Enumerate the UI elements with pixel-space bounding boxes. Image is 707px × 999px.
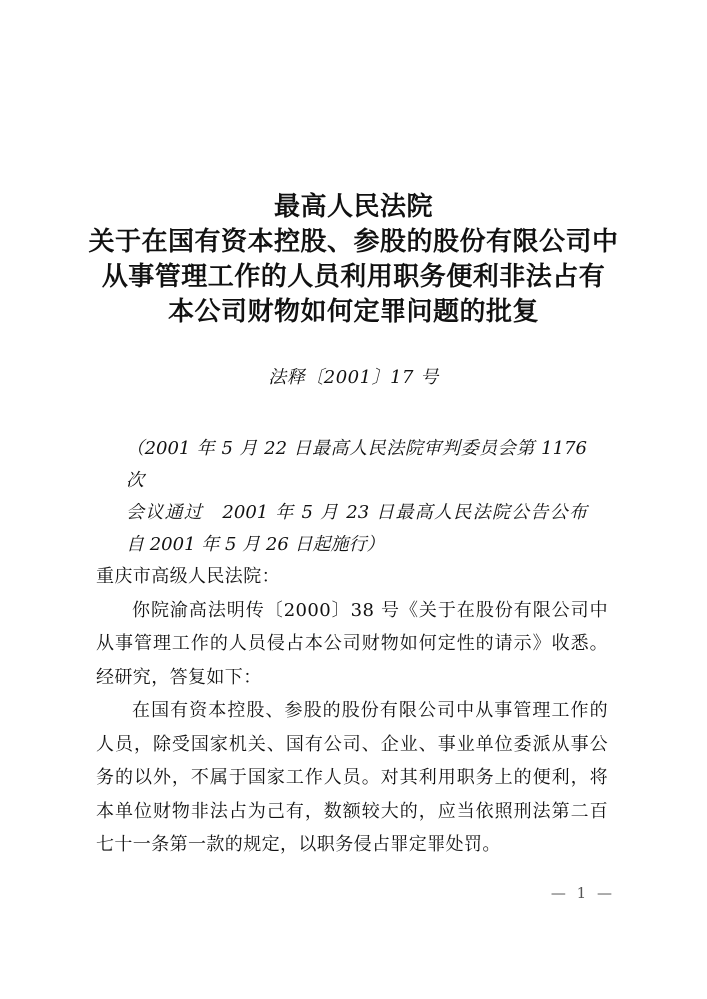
title-line-2: 关于在国有资本控股、参股的股份有限公司中 xyxy=(40,225,667,260)
preamble-block: （2001 年 5 月 22 日最高人民法院审判委员会第 1176 次 会议通过… xyxy=(126,433,587,561)
page-number: — 1 — xyxy=(551,883,612,903)
salutation: 重庆市高级人民法院： xyxy=(96,560,608,594)
preamble-line-2: 会议通过 2001 年 5 月 23 日最高人民法院公告公布 xyxy=(126,497,587,529)
document-title: 最高人民法院 关于在国有资本控股、参股的股份有限公司中 从事管理工作的人员利用职… xyxy=(40,190,667,330)
title-line-1: 最高人民法院 xyxy=(40,190,667,225)
doc-number: 法释〔2001〕17 号 xyxy=(0,363,707,389)
title-line-3: 从事管理工作的人员利用职务便利非法占有 xyxy=(40,260,667,295)
body-paragraph-1: 你院渝高法明传〔2000〕38 号《关于在股份有限公司中从事管理工作的人员侵占本… xyxy=(96,594,608,695)
title-line-4: 本公司财物如何定罪问题的批复 xyxy=(40,295,667,330)
preamble-line-3: 自 2001 年 5 月 26 日起施行） xyxy=(126,529,587,561)
document-page: 最高人民法院 关于在国有资本控股、参股的股份有限公司中 从事管理工作的人员利用职… xyxy=(0,0,707,999)
document-body: 重庆市高级人民法院： 你院渝高法明传〔2000〕38 号《关于在股份有限公司中从… xyxy=(96,560,608,862)
preamble-line-1: （2001 年 5 月 22 日最高人民法院审判委员会第 1176 次 xyxy=(126,433,587,497)
body-paragraph-2: 在国有资本控股、参股的股份有限公司中从事管理工作的人员，除受国家机关、国有公司、… xyxy=(96,694,608,862)
